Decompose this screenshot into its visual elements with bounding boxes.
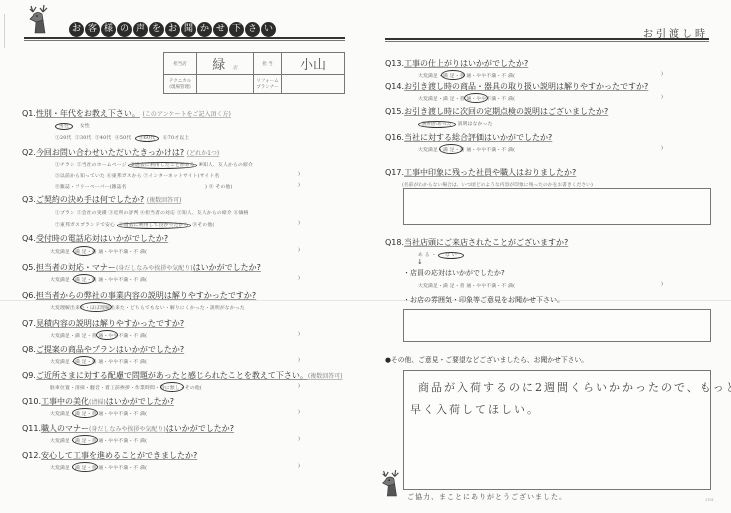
q8-text: ご提案の商品やプランはいかがでしたか? bbox=[36, 345, 184, 354]
q15-number: Q15. bbox=[385, 107, 404, 116]
q2-option-2[interactable]: ②当社のホームページ bbox=[77, 163, 127, 168]
q13-number: Q13. bbox=[385, 59, 404, 68]
q3-option-6[interactable]: ⑥価格 bbox=[234, 211, 249, 216]
q12-selected-circle bbox=[72, 462, 98, 472]
question-q10: Q10.工事中の美化(清掃)はいかがでしたか? bbox=[22, 396, 174, 407]
survey-page-left: お 客 様 の 声 を お 聞 か せ 下 さ い 担当店 緑店 担 当 小山 … bbox=[0, 0, 365, 513]
q16-text: 当社に対する総合評価はいかがでしたか? bbox=[404, 133, 552, 142]
q2-option-9[interactable]: ) ⑨ その他( bbox=[205, 183, 233, 190]
person-field[interactable]: 小山 bbox=[282, 53, 345, 75]
q1-text: 性別・年代をお教え下さい。 bbox=[36, 109, 140, 118]
q3-subtext: (複数回答可) bbox=[147, 197, 182, 204]
q11-options-text: 大変満足・満 足・普 通・やや不満・不 満( bbox=[50, 439, 147, 444]
q2-option-3-selected[interactable]: ③過去に利用したことがある bbox=[128, 162, 196, 169]
q10-subtext: (清掃) bbox=[89, 399, 106, 406]
q2-option-5[interactable]: ⑤以前から知っていた bbox=[55, 174, 105, 179]
q14-rating-options[interactable]: 大変満足・満 足・普 通・やや不満・不 満( ) bbox=[418, 95, 668, 102]
q2-subtext: (どれか1つ) bbox=[187, 150, 220, 157]
question-q4: Q4.受付時の電話応対はいかがでしたか? bbox=[22, 233, 168, 244]
title-char: せ bbox=[213, 22, 228, 37]
q3-option-4[interactable]: ④担当者の対応 bbox=[140, 211, 175, 216]
q15-option-no[interactable]: 説明はなかった bbox=[458, 122, 493, 127]
title-char: の bbox=[117, 22, 132, 37]
question-q9: Q9.ご近所さまに対する配慮で問題があったと感じられたことを教えて下さい。(複数… bbox=[22, 370, 343, 381]
q3-option-5[interactable]: ⑤知人、友人からの紹介 bbox=[177, 211, 232, 216]
deer-mascot-icon bbox=[26, 4, 52, 34]
q11-text2: はいかがでしたか? bbox=[166, 424, 234, 433]
q3-options-line2: ⑦東邦ガスブランドで安心 ⑧過去に利用して良かったから ⑨その他( ) bbox=[55, 221, 305, 228]
q8-rating-options[interactable]: 大変満足・満 足・普 通・やや不満・不 満( ) bbox=[50, 358, 305, 365]
paren: ) bbox=[298, 410, 300, 415]
person-label: 担 当 bbox=[254, 53, 282, 75]
deer-mascot-icon bbox=[379, 468, 403, 498]
paren: ) bbox=[661, 146, 663, 151]
option-female[interactable]: 女性 bbox=[80, 124, 90, 129]
paren: ) bbox=[298, 437, 300, 442]
title-char: 下 bbox=[229, 22, 244, 37]
q13-text: 工事の仕上がりはいかがでしたか? bbox=[404, 59, 528, 68]
q14-number: Q14. bbox=[385, 82, 404, 91]
q12-number: Q12. bbox=[22, 451, 41, 460]
question-q5: Q5.担当者の対応・マナー(身だしなみや挨拶や気配り)はいかがでしたか? bbox=[22, 262, 261, 273]
q4-text: 受付時の電話応対はいかがでしたか? bbox=[36, 234, 168, 243]
form-id: 1701 bbox=[705, 498, 714, 502]
q5-number: Q5. bbox=[22, 263, 36, 272]
q4-rating-options[interactable]: 大変満足・満 足・普 通・やや不満・不 満( ) bbox=[50, 248, 305, 255]
question-q17: Q17.工事中印象に残った社員や職人はおりましたか? bbox=[385, 167, 576, 178]
paren: ) bbox=[298, 358, 300, 363]
q5-options-text: 大変満足・満 足・普 通・やや不満・不 満( bbox=[50, 278, 147, 283]
planner-label: リフォームプランナー bbox=[254, 75, 282, 94]
q10-text: 工事中の美化 bbox=[41, 397, 89, 406]
survey-title: お 客 様 の 声 を お 聞 か せ 下 さ い bbox=[69, 22, 276, 37]
title-char: 客 bbox=[85, 22, 100, 37]
q3-text: ご契約の決め手は何でしたか? bbox=[36, 195, 144, 204]
q2-options-line3: ⑧雑誌・フリーペーパー(雑誌名 ) ⑨ その他( ) bbox=[55, 183, 305, 190]
paren: ) bbox=[298, 276, 300, 281]
q10-number: Q10. bbox=[22, 397, 41, 406]
option-age-70plus[interactable]: ⑥70才以上 bbox=[163, 136, 190, 141]
q8-selected-circle bbox=[73, 356, 95, 366]
q18-store-impression-box[interactable] bbox=[403, 309, 711, 342]
q17-note: (名前がわからない場合は、いつ頃どのような内容が印象に残ったのかをお書きください… bbox=[402, 181, 593, 188]
q4-number: Q4. bbox=[22, 234, 36, 243]
question-q7: Q7.見積内容の説明は解りやすかったですか? bbox=[22, 318, 184, 329]
q2-option-6[interactable]: ⑥東邦ガスから bbox=[107, 174, 142, 179]
q9-text: ご近所さまに対する配慮で問題があったと感じられたことを教えて下さい。 bbox=[36, 371, 308, 380]
question-q18: Q18.当社店頭にご来店されたことがございますか? bbox=[385, 237, 568, 248]
q2-option-4[interactable]: ④知人、友人からの紹介 bbox=[199, 163, 253, 168]
other-comments-line2: 早く入荷してほしい。 bbox=[410, 401, 540, 417]
other-comments-box[interactable]: 商品が入荷するのに2週間くらいかかったので、もっと 早く入荷してほしい。 bbox=[403, 370, 711, 490]
option-age-40s[interactable]: ③40代 bbox=[95, 136, 112, 141]
q5-text2: はいかがでしたか? bbox=[193, 263, 261, 272]
q7-text: 見積内容の説明は解りやすかったですか? bbox=[36, 319, 184, 328]
q3-option-9[interactable]: ⑨その他( bbox=[192, 223, 214, 228]
q15-text: お引き渡し時に次回の定期点検の説明はございましたか? bbox=[404, 107, 608, 116]
q7-number: Q7. bbox=[22, 319, 36, 328]
option-male-selected[interactable]: 男性 bbox=[55, 123, 73, 130]
header-rule bbox=[24, 37, 345, 39]
paren: ) bbox=[298, 464, 300, 469]
q16-options-text: 大変満足・満 足・普 通・やや不満・不 満( bbox=[418, 148, 515, 153]
q15-option-yes-selected[interactable]: 説明があった bbox=[418, 121, 456, 128]
q2-number: Q2. bbox=[22, 148, 36, 157]
q11-subtext: (身だしなみや挨拶や気配り) bbox=[89, 426, 166, 433]
planner-field[interactable] bbox=[282, 75, 345, 94]
q13-rating-options[interactable]: 大変満足・満 足・普 通・やや不満・不 満( ) bbox=[418, 72, 668, 79]
q6-text: 担当者からの弊社の事業内容の説明は解りやすかったですか? bbox=[36, 291, 256, 300]
staff-table: 担当店 緑店 担 当 小山 テクニカル(現場管理) リフォームプランナー bbox=[163, 52, 345, 94]
q2-text: 今回お問い合わせいただいたきっかけは? bbox=[36, 148, 184, 157]
other-comments-label: ●その他、ご意見・ご要望などございましたら、お聞かせ下さい。 bbox=[385, 354, 588, 364]
q11-number: Q11. bbox=[22, 424, 41, 433]
q16-rating-options[interactable]: 大変満足・満 足・普 通・やや不満・不 満( ) bbox=[418, 146, 668, 153]
paren: ) bbox=[298, 332, 300, 337]
q2-options-line2: ⑤以前から知っていた ⑥東邦ガスから ⑦インターネットサイト(サイト名 ) bbox=[55, 172, 305, 179]
q13-options-text: 大変満足・満 足・普 通・やや不満・不 満( bbox=[418, 74, 515, 79]
q7-selected-circle bbox=[96, 330, 118, 340]
paren: ) bbox=[298, 248, 300, 253]
q10-options-text: 大変満足・満 足・普 通・やや不満・不 満( bbox=[50, 412, 147, 417]
paren: ) bbox=[298, 384, 300, 389]
question-q2: Q2.今回お問い合わせいただいたきっかけは? (どれか1つ) bbox=[22, 147, 219, 158]
question-q16: Q16.当社に対する総合評価はいかがでしたか? bbox=[385, 132, 552, 143]
q2-option-7[interactable]: ⑦インターネットサイト(サイト名 bbox=[143, 174, 219, 179]
q15-options: 説明があった 説明はなかった bbox=[418, 120, 493, 127]
q1-number: Q1. bbox=[22, 109, 36, 118]
paren: ) bbox=[661, 72, 663, 77]
q6-number: Q6. bbox=[22, 291, 36, 300]
title-char: 声 bbox=[133, 22, 148, 37]
question-q14: Q14.お引き渡し時の商品・器具の取り扱い説明は解りやすかったですか? bbox=[385, 81, 648, 92]
q9-number: Q9. bbox=[22, 371, 36, 380]
q12-options-text: 大変満足・満 足・普 通・やや不満・不 満( bbox=[50, 466, 147, 471]
technical-field[interactable] bbox=[197, 75, 254, 94]
option-age-50s[interactable]: ④50代 bbox=[115, 136, 132, 141]
q3-option-7[interactable]: ⑦東邦ガスブランドで安心 bbox=[55, 223, 115, 228]
q6-rating-options[interactable]: 大変理解出来た・ほぼ理解出来た・どちらでもない・解りにくかった・説明がなかった bbox=[50, 304, 245, 311]
planner-label-line1: リフォーム bbox=[256, 79, 278, 84]
q3-option-2[interactable]: ②会社の実績 bbox=[77, 211, 107, 216]
q17-number: Q17. bbox=[385, 168, 404, 177]
q18-staff-response-question: ・店員の応対はいかがでしたか? bbox=[403, 268, 505, 278]
store-field[interactable]: 緑店 bbox=[197, 53, 254, 75]
q17-answer-box[interactable] bbox=[403, 188, 711, 225]
title-char: 様 bbox=[101, 22, 116, 37]
q18-staff-rating-options[interactable]: 大変満足・満 足・普 通・やや不満・不 満( ) bbox=[418, 282, 668, 289]
q16-number: Q16. bbox=[385, 133, 404, 142]
title-char: 聞 bbox=[181, 22, 196, 37]
title-char: さ bbox=[245, 22, 260, 37]
q5-subtext: (身だしなみや挨拶や気配り) bbox=[116, 265, 193, 272]
q3-options-line1: ①プラン ②会社の実績 ③近所の評判 ④担当者の対応 ⑤知人、友人からの紹介 ⑥… bbox=[55, 209, 249, 216]
question-q1: Q1.性別・年代をお教え下さい。 (このアンケートをご記入頂く方) bbox=[22, 108, 231, 119]
question-q15: Q15.お引き渡し時に次回の定期点検の説明はございましたか? bbox=[385, 106, 608, 117]
q13-selected-circle bbox=[441, 70, 465, 80]
option-age-20s[interactable]: ①20代 bbox=[55, 136, 72, 141]
question-q6: Q6.担当者からの弊社の事業内容の説明は解りやすかったですか? bbox=[22, 290, 256, 301]
planner-label-line2: プランナー bbox=[256, 85, 279, 90]
q2-options-line1: ①チラシ ②当社のホームページ ③過去に利用したことがある ④知人、友人からの紹… bbox=[55, 161, 253, 168]
q17-text: 工事中印象に残った社員や職人はおりましたか? bbox=[404, 168, 576, 177]
paren: ) bbox=[661, 282, 663, 287]
paren: ) bbox=[298, 221, 300, 226]
q3-option-1[interactable]: ①プラン bbox=[55, 211, 75, 216]
header-rule-thin bbox=[24, 40, 345, 41]
q4-selected-circle bbox=[73, 246, 95, 256]
question-q8: Q8.ご提案の商品やプランはいかがでしたか? bbox=[22, 344, 184, 355]
q3-option-8-selected[interactable]: ⑧過去に利用して良かったから bbox=[117, 222, 191, 229]
q18-number: Q18. bbox=[385, 238, 404, 247]
store-suffix: 店 bbox=[233, 66, 238, 71]
q1-gender-options: 男性 女性 bbox=[55, 122, 90, 129]
q2-option-8[interactable]: ⑧雑誌・フリーペーパー(雑誌名 bbox=[55, 185, 127, 190]
q16-selected-circle bbox=[439, 144, 463, 154]
q1-subtext: (このアンケートをご記入頂く方) bbox=[142, 111, 230, 118]
option-age-30s[interactable]: ②30代 bbox=[75, 136, 92, 141]
title-char: お bbox=[69, 22, 84, 37]
title-char: お bbox=[165, 22, 180, 37]
q11-text: 職人のマナー bbox=[41, 424, 89, 433]
q5-text: 担当者の対応・マナー bbox=[36, 263, 116, 272]
q12-text: 安心して工事を進めることができましたか? bbox=[41, 451, 197, 460]
q14-selected-circle bbox=[464, 93, 488, 103]
q5-rating-options[interactable]: 大変満足・満 足・普 通・やや不満・不 満( ) bbox=[50, 276, 305, 283]
q10-text2: はいかがでしたか? bbox=[106, 397, 174, 406]
q3-number: Q3. bbox=[22, 195, 36, 204]
option-age-60s-selected[interactable]: ⑤60代 bbox=[135, 135, 160, 142]
question-q12: Q12.安心して工事を進めることができましたか? bbox=[22, 450, 197, 461]
header-rule bbox=[385, 38, 709, 40]
q18-options: あ る ・ な い bbox=[418, 251, 464, 258]
survey-page-right: お引渡し時 Q13.工事の仕上がりはいかがでしたか? 大変満足・満 足・普 通・… bbox=[365, 0, 730, 513]
q1-age-options: ①20代 ②30代 ③40代 ④50代 ⑤60代 ⑥70才以上 bbox=[55, 134, 189, 141]
question-q13: Q13.工事の仕上がりはいかがでしたか? bbox=[385, 58, 528, 69]
q11-selected-circle bbox=[72, 435, 98, 445]
paren: ) bbox=[298, 172, 300, 177]
arrow-down-icon: ↓ bbox=[417, 258, 423, 266]
header-rule-thin bbox=[385, 41, 709, 42]
q9-subtext: (複数回答可) bbox=[308, 373, 343, 380]
q9-options[interactable]: 駐車位置・清掃・騒音・着工前挨拶・作業時間・特に無し・その他( ) bbox=[50, 384, 305, 391]
q9-selected-circle bbox=[160, 382, 184, 392]
q8-number: Q8. bbox=[22, 345, 36, 354]
paren: ) bbox=[661, 95, 663, 100]
q14-text: お引き渡し時の商品・器具の取り扱い説明は解りやすかったですか? bbox=[404, 82, 648, 91]
q18-store-impression-question: ・お店の雰囲気・印象等ご意見をお聞かせ下さい。 bbox=[403, 295, 564, 305]
q5-selected-circle bbox=[73, 274, 95, 284]
q6-selected-circle bbox=[80, 302, 112, 312]
title-char: を bbox=[149, 22, 164, 37]
q18-option-no-selected[interactable]: な い bbox=[438, 252, 464, 259]
technical-label: テクニカル(現場管理) bbox=[164, 75, 197, 94]
q18-staff-options-text: 大変満足・満 足・普 通・やや不満・不 満( bbox=[418, 284, 515, 289]
q11-rating-options[interactable]: 大変満足・満 足・普 通・やや不満・不 満( ) bbox=[50, 437, 305, 444]
title-char: い bbox=[261, 22, 276, 37]
store-label: 担当店 bbox=[164, 53, 197, 75]
title-char: か bbox=[197, 22, 212, 37]
technical-label-line2: (現場管理) bbox=[169, 85, 191, 90]
other-comments-line1: 商品が入荷するのに2週間くらいかかったので、もっと bbox=[418, 379, 731, 395]
q10-rating-options[interactable]: 大変満足・満 足・普 通・やや不満・不 満( ) bbox=[50, 410, 305, 417]
paren: ) bbox=[298, 183, 300, 188]
q3-option-3[interactable]: ③近所の評判 bbox=[108, 211, 138, 216]
technical-label-line1: テクニカル bbox=[169, 79, 191, 84]
q8-options-text: 大変満足・満 足・普 通・やや不満・不 満( bbox=[50, 360, 147, 365]
q18-text: 当社店頭にご来店されたことがございますか? bbox=[404, 238, 568, 247]
q2-option-1[interactable]: ①チラシ bbox=[55, 163, 75, 168]
q4-options-text: 大変満足・満 足・普 通・やや不満・不 満( bbox=[50, 250, 147, 255]
question-q3: Q3.ご契約の決め手は何でしたか? (複数回答可) bbox=[22, 194, 181, 205]
q12-rating-options[interactable]: 大変満足・満 足・普 通・やや不満・不 満( ) bbox=[50, 464, 305, 471]
question-q11: Q11.職人のマナー(身だしなみや挨拶や気配り)はいかがでしたか? bbox=[22, 423, 234, 434]
store-value: 緑 bbox=[212, 58, 225, 73]
q7-rating-options[interactable]: 大変満足・満 足・普 通・やや不満・不 満( ) bbox=[50, 332, 305, 339]
thank-you-message: ご協力、まことにありがとうございました。 bbox=[407, 492, 567, 502]
q10-selected-circle bbox=[72, 408, 98, 418]
